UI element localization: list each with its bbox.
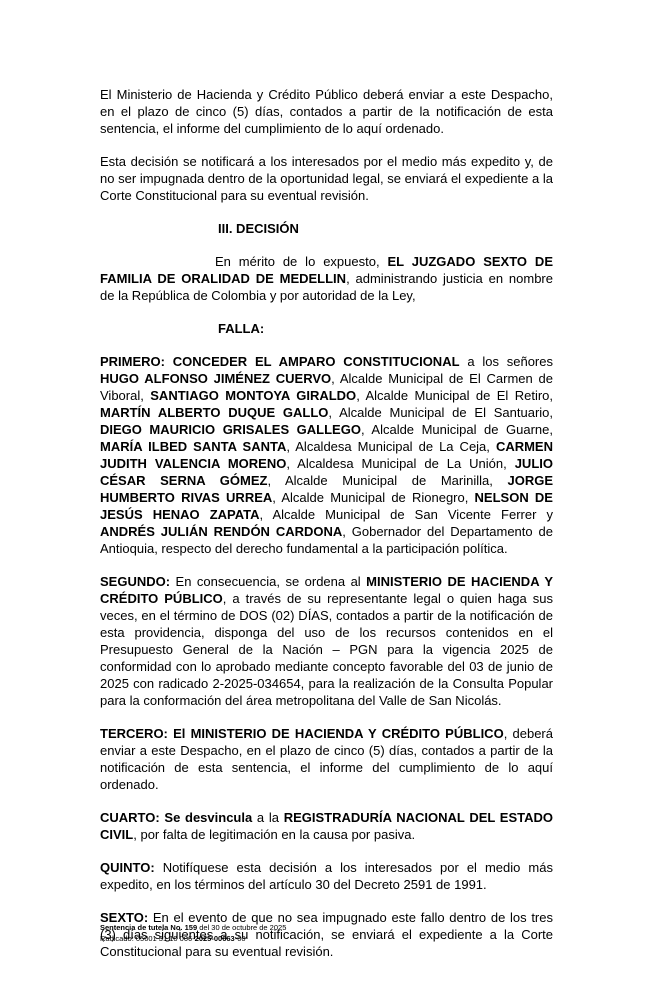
paragraph-tercero: TERCERO: El MINISTERIO DE HACIENDA Y CRÉ… <box>100 725 553 793</box>
text-run: , Alcaldesa Municipal de La Unión, <box>286 456 514 471</box>
bold-text-run: SEGUNDO: <box>100 574 170 589</box>
paragraph-notification-notice: Esta decisión se notificará a los intere… <box>100 153 553 204</box>
paragraph-en-merito: En mérito de lo expuesto, EL JUZGADO SEX… <box>100 253 553 304</box>
text-run: En consecuencia, se ordena al <box>170 574 366 589</box>
text-run: , a través de su representante legal o q… <box>100 591 553 708</box>
bold-text-run: SANTIAGO MONTOYA GIRALDO <box>150 388 356 403</box>
paragraph-ministry-report-order: El Ministerio de Hacienda y Crédito Públ… <box>100 86 553 137</box>
bold-text-run: PRIMERO: CONCEDER EL AMPARO CONSTITUCION… <box>100 354 460 369</box>
document-page: El Ministerio de Hacienda y Crédito Públ… <box>0 0 650 994</box>
page-footer: Sentencia de tutela No. 159 del 30 de oc… <box>100 923 286 944</box>
text-run: , Alcalde Municipal de Rionegro, <box>272 490 474 505</box>
paragraph-cuarto: CUARTO: Se desvincula a la REGISTRADURÍA… <box>100 809 553 843</box>
text-run: En mérito de lo expuesto, <box>215 254 387 269</box>
bold-text-run: Sentencia de tutela No. 159 <box>100 923 197 932</box>
text-run: Notifíquese esta decisión a los interesa… <box>100 860 553 892</box>
heading-falla: FALLA: <box>218 320 553 337</box>
bold-text-run: CUARTO: Se desvincula <box>100 810 252 825</box>
text-run: a los señores <box>460 354 553 369</box>
paragraph-primero: PRIMERO: CONCEDER EL AMPARO CONSTITUCION… <box>100 353 553 557</box>
text-run: , por falta de legitimación en la causa … <box>133 827 415 842</box>
bold-text-run: HUGO ALFONSO JIMÉNEZ CUERVO <box>100 371 331 386</box>
text-run: , Alcalde Municipal de Marinilla, <box>267 473 507 488</box>
text-run: a la <box>252 810 283 825</box>
text-run: , Alcalde Municipal de El Santuario, <box>328 405 553 420</box>
bold-text-run: MARTÍN ALBERTO DUQUE GALLO <box>100 405 328 420</box>
bold-text-run: TERCERO: El MINISTERIO DE HACIENDA Y CRÉ… <box>100 726 504 741</box>
text-run: del 30 de octubre de 2025 <box>197 923 286 932</box>
text-run: Radicado: 05001 31 10 006- <box>100 934 195 943</box>
text-run: , Alcaldesa Municipal de La Ceja, <box>286 439 496 454</box>
bold-text-run: 2025-00663 <box>195 934 235 943</box>
heading-decision: III. DECISIÓN <box>218 220 553 237</box>
text-run: , Alcalde Municipal de San Vicente Ferre… <box>260 507 553 522</box>
text-run: , Alcalde Municipal de Guarne, <box>361 422 553 437</box>
paragraph-segundo: SEGUNDO: En consecuencia, se ordena al M… <box>100 573 553 709</box>
text-run: , Alcalde Municipal de El Retiro, <box>356 388 553 403</box>
bold-text-run: DIEGO MAURICIO GRISALES GALLEGO <box>100 422 361 437</box>
text-run: El Ministerio de Hacienda y Crédito Públ… <box>100 87 553 136</box>
footer-sentence-line: Sentencia de tutela No. 159 del 30 de oc… <box>100 923 286 934</box>
footer-radicado-line: Radicado: 05001 31 10 006-2025-00663-00 <box>100 934 286 945</box>
bold-text-run: MARÍA ILBED SANTA SANTA <box>100 439 286 454</box>
bold-text-run: QUINTO: <box>100 860 155 875</box>
text-run: Esta decisión se notificará a los intere… <box>100 154 553 203</box>
paragraph-quinto: QUINTO: Notifíquese esta decisión a los … <box>100 859 553 893</box>
text-run: -00 <box>235 934 246 943</box>
bold-text-run: ANDRÉS JULIÁN RENDÓN CARDONA <box>100 524 342 539</box>
